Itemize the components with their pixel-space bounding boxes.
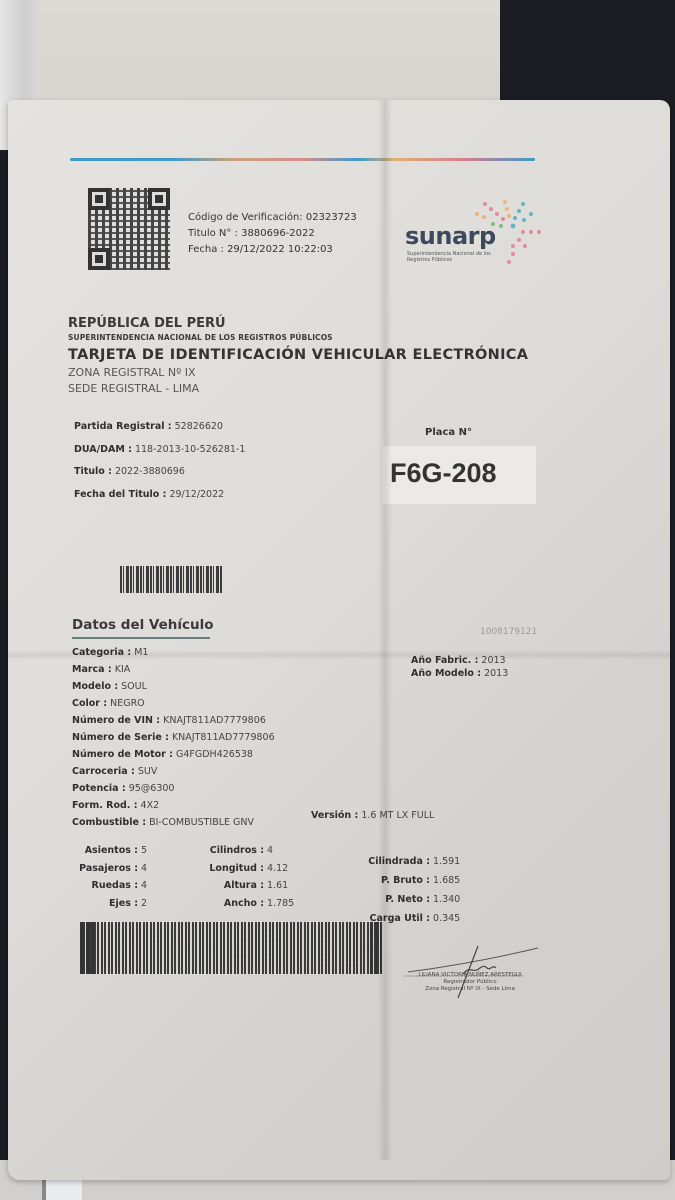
field-label: Número de Motor :: [72, 749, 173, 760]
header-color-rule: [70, 158, 535, 161]
signatory-role: Registrador Público: [405, 979, 535, 986]
qr-code: [88, 188, 170, 270]
field-label: Pasajeros :: [70, 863, 138, 874]
field-value: 5: [141, 845, 147, 856]
field-row: Ancho : 1.785: [196, 898, 294, 909]
field-row: Color : NEGRO: [72, 698, 145, 709]
signatory-zone: Zona Registral Nº IX - Sede Lima: [405, 986, 535, 993]
sunarp-logo: sunarp Superintendencia Nacional de los …: [405, 196, 555, 276]
field-row: Titulo : 2022-3880696: [74, 466, 185, 477]
qr-finder-pattern: [148, 188, 170, 210]
field-row: Longitud : 4.12: [196, 863, 288, 874]
field-value: 4.12: [267, 863, 288, 874]
field-label: Número de VIN :: [72, 715, 160, 726]
registry-zone: ZONA REGISTRAL Nº IX: [68, 366, 196, 379]
field-value: KIA: [115, 664, 131, 675]
field-value: KNAJT811AD7779806: [172, 732, 275, 743]
qr-finder-pattern: [88, 188, 110, 210]
field-row: Marca : KIA: [72, 664, 130, 675]
field-label: Número de Serie :: [72, 732, 169, 743]
field-label: Potencia :: [72, 783, 126, 794]
field-label: Marca :: [72, 664, 112, 675]
field-label: Form. Rod. :: [72, 800, 138, 811]
field-label: Carroceria :: [72, 766, 135, 777]
field-row: Form. Rod. : 4X2: [72, 800, 159, 811]
field-value: BI-COMBUSTIBLE GNV: [149, 817, 254, 828]
field-value: 4X2: [141, 800, 160, 811]
field-row: Número de Serie : KNAJT811AD7779806: [72, 732, 275, 743]
field-value: 2022-3880696: [115, 466, 185, 477]
field-row: Pasajeros : 4: [70, 863, 147, 874]
field-value: 2: [141, 898, 147, 909]
field-row: Ruedas : 4: [70, 880, 147, 891]
field-value: SOUL: [121, 681, 147, 692]
field-label: P. Bruto :: [368, 875, 430, 886]
field-row: Partida Registral : 52826620: [74, 421, 223, 432]
signatory-name: LILIANA VICTORIA NUÑEZ ARESTEGUI: [405, 972, 535, 979]
field-value: 1.340: [433, 894, 460, 905]
field-row: Asientos : 5: [70, 845, 147, 856]
field-value: 1.785: [267, 898, 294, 909]
field-value: 4: [141, 863, 147, 874]
field-value: 95@6300: [129, 783, 175, 794]
field-value: 2013: [481, 655, 505, 666]
signatory-block: LILIANA VICTORIA NUÑEZ ARESTEGUI Registr…: [405, 972, 535, 993]
field-label: Cilindrada :: [368, 856, 430, 867]
field-value: 52826620: [175, 421, 223, 432]
field-value: G4FGDH426538: [176, 749, 253, 760]
field-label: Altura :: [196, 880, 264, 891]
version-value: 1.6 MT LX FULL: [361, 810, 434, 821]
field-label: Fecha del Titulo :: [74, 489, 166, 500]
field-value: M1: [134, 647, 148, 658]
issue-datetime: Fecha : 29/12/2022 10:22:03: [188, 242, 357, 258]
field-value: 4: [267, 845, 273, 856]
plate-label: Placa N°: [425, 427, 472, 438]
field-row: Modelo : SOUL: [72, 681, 147, 692]
field-value: SUV: [138, 766, 157, 777]
field-value: 0.345: [433, 913, 460, 924]
field-label: Año Fabric. :: [411, 655, 478, 666]
field-value: 1.61: [267, 880, 288, 891]
field-label: Titulo :: [74, 466, 112, 477]
field-row: Cilindros : 4: [196, 845, 273, 856]
field-row: Carroceria : SUV: [72, 766, 157, 777]
document-title: TARJETA DE IDENTIFICACIÓN VEHICULAR ELEC…: [68, 347, 528, 363]
field-label: Ancho :: [196, 898, 264, 909]
field-label: Partida Registral :: [74, 421, 172, 432]
field-row: Cilindrada : 1.591: [368, 856, 460, 867]
field-row: Año Fabric. : 2013: [411, 655, 506, 666]
version-field: Versión : 1.6 MT LX FULL: [311, 810, 434, 821]
field-value: NEGRO: [110, 698, 145, 709]
field-row: Fecha del Titulo : 29/12/2022: [74, 489, 224, 500]
vehicle-data-heading: Datos del Vehículo: [72, 617, 214, 633]
field-row: Ejes : 2: [70, 898, 147, 909]
verification-code: Código de Verificación: 02323723: [188, 210, 357, 226]
field-label: Ruedas :: [70, 880, 138, 891]
field-label: Ejes :: [70, 898, 138, 909]
field-label: Color :: [72, 698, 107, 709]
field-row: P. Neto : 1.340: [368, 894, 460, 905]
field-label: Año Modelo :: [411, 668, 481, 679]
field-label: Longitud :: [196, 863, 264, 874]
qr-finder-pattern: [88, 248, 110, 270]
linear-barcode: [120, 566, 222, 593]
agency-heading: SUPERINTENDENCIA NACIONAL DE LOS REGISTR…: [68, 333, 333, 342]
field-row: Altura : 1.61: [196, 880, 288, 891]
field-label: Combustible :: [72, 817, 146, 828]
field-label: Categoria :: [72, 647, 131, 658]
field-value: 1.685: [433, 875, 460, 886]
sunarp-wordmark: sunarp: [405, 222, 496, 250]
field-row: Número de VIN : KNAJT811AD7779806: [72, 715, 266, 726]
field-row: P. Bruto : 1.685: [368, 875, 460, 886]
sunarp-subtitle: Superintendencia Nacional de los Registr…: [407, 251, 497, 263]
field-row: DUA/DAM : 118-2013-10-526281-1: [74, 444, 245, 455]
field-label: DUA/DAM :: [74, 444, 132, 455]
field-value: 2013: [484, 668, 508, 679]
field-value: 29/12/2022: [169, 489, 224, 500]
field-value: 118-2013-10-526281-1: [135, 444, 245, 455]
field-row: Número de Motor : G4FGDH426538: [72, 749, 253, 760]
field-value: 1.591: [433, 856, 460, 867]
field-value: 4: [141, 880, 147, 891]
section-rule: [72, 637, 210, 639]
country-heading: REPÚBLICA DEL PERÚ: [68, 316, 226, 331]
registry-office: SEDE REGISTRAL - LIMA: [68, 382, 199, 395]
field-row: Categoria : M1: [72, 647, 148, 658]
field-label: P. Neto :: [368, 894, 430, 905]
field-label: Asientos :: [70, 845, 138, 856]
field-row: Combustible : BI-COMBUSTIBLE GNV: [72, 817, 254, 828]
field-row: Año Modelo : 2013: [411, 668, 508, 679]
verification-block: Código de Verificación: 02323723 Titulo …: [188, 210, 357, 258]
version-label: Versión :: [311, 810, 358, 821]
pdf417-barcode: [80, 922, 382, 974]
field-value: KNAJT811AD7779806: [163, 715, 266, 726]
field-label: Modelo :: [72, 681, 118, 692]
field-row: Potencia : 95@6300: [72, 783, 174, 794]
field-label: Cilindros :: [196, 845, 264, 856]
plate-number: F6G-208: [390, 458, 497, 489]
document-serial: 1008179121: [480, 627, 537, 637]
title-number: Titulo N° : 3880696-2022: [188, 226, 357, 242]
